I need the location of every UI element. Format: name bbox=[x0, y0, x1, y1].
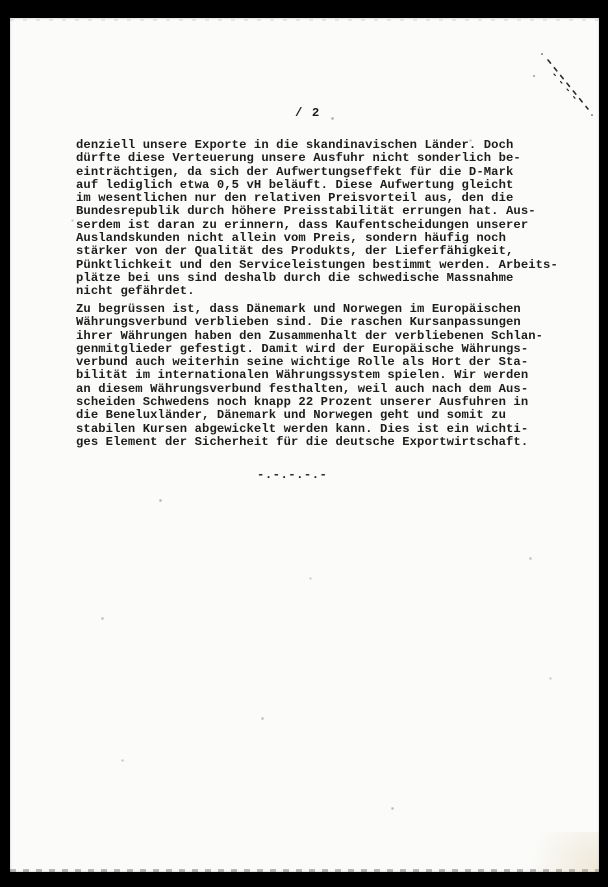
paragraph-1: denziell unsere Exporte in die skandinav… bbox=[76, 139, 558, 299]
scan-speckles bbox=[10, 18, 11, 19]
scan-scratch-marks bbox=[528, 36, 598, 120]
document-page: / 2 denziell unsere Exporte in die skand… bbox=[10, 18, 599, 872]
end-of-text-separator: -.-.-.-.- bbox=[257, 468, 327, 482]
scan-edge-noise-bottom bbox=[10, 869, 599, 872]
scan-background: / 2 denziell unsere Exporte in die skand… bbox=[0, 0, 608, 887]
scan-edge-noise-top bbox=[10, 19, 599, 21]
page-number: / 2 bbox=[295, 106, 320, 120]
paragraph-2: Zu begrüssen ist, dass Dänemark und Norw… bbox=[76, 303, 543, 449]
